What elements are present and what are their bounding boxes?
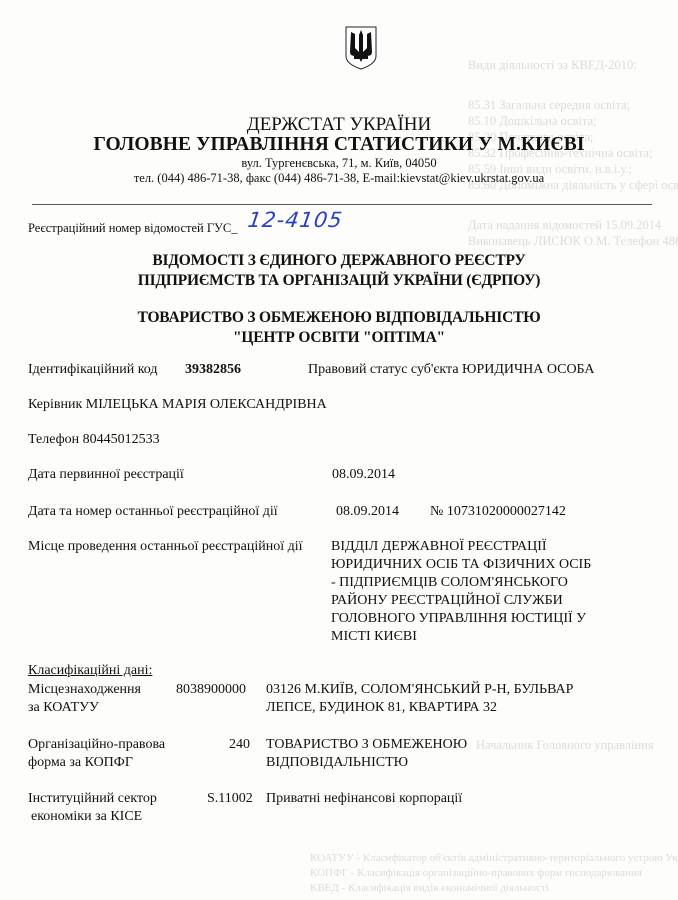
last-registration-place-line: ЮРИДИЧНИХ ОСІБ ТА ФІЗИЧНИХ ОСІБ [331,557,591,573]
bleed-through-text: Дата надання відомостей 15.09.2014 [468,218,661,233]
last-registration-place-line: РАЙОНУ РЕЄСТРАЦІЙНОЇ СЛУЖБИ [331,593,563,609]
koatuu-code: 8038900000 [176,682,246,698]
bleed-through-text: КВЕД - Класифікація видів економічної ді… [310,882,549,894]
company-name-line1: ТОВАРИСТВО З ОБМЕЖЕНОЮ ВІДПОВІДАЛЬНІСТЮ [0,309,678,327]
kopfg-code: 240 [229,737,250,753]
last-registration-place-line: ГОЛОВНОГО УПРАВЛІННЯ ЮСТИЦІЇ У [331,611,586,627]
registration-number-label: Реєстраційний номер відомостей ГУС_ [28,221,238,236]
kopfg-label: форма за КОПФГ [28,755,133,771]
bleed-through-text: Начальник Головного управління [476,738,654,753]
koatuu-address: ЛЕПСЕ, БУДИНОК 81, КВАРТИРА 32 [266,700,497,716]
company-name-line2: "ЦЕНТР ОСВІТИ "ОПТІМА" [0,329,678,347]
last-registration-place-line: ВІДДІЛ ДЕРЖАВНОЇ РЕЄСТРАЦІЇ [331,539,547,555]
koatuu-label: за КОАТУУ [28,700,99,716]
legal-status: Правовий статус суб'єкта ЮРИДИЧНА ОСОБА [308,362,595,378]
header-divider [32,204,652,205]
bleed-through-text: КОАТУУ - Класифікатор об'єктів адміністр… [310,852,678,864]
agency-address: вул. Тургенєвська, 71, м. Київ, 04050 [0,156,678,171]
last-registration-number: № 10731020000027142 [430,504,566,520]
agency-contacts: тел. (044) 486-71-38, факс (044) 486-71-… [0,171,678,186]
koatuu-address: 03126 М.КИЇВ, СОЛОМ'ЯНСЬКИЙ Р-Н, БУЛЬВАР [266,682,573,698]
kopfg-label: Організаційно-правова [28,737,165,753]
last-registration-date: 08.09.2014 [336,504,399,520]
kise-label: економіки за КІСЕ [31,809,142,825]
kopfg-value: ТОВАРИСТВО З ОБМЕЖЕНОЮ [266,737,467,753]
first-registration-value: 08.09.2014 [332,467,395,483]
trident-coat-of-arms-icon [345,26,377,70]
bleed-through-text: КОПФГ - Класифікація організаційно-право… [310,867,642,879]
director: Керівник МІЛЕЦЬКА МАРІЯ ОЛЕКСАНДРІВНА [28,397,327,413]
id-code-label: Ідентифікаційний код [28,362,158,378]
bleed-through-text: Виконавець ЛИСЮК О.М. Телефон 4868286 [468,234,678,249]
registration-number-handwritten: 12-4105 [246,208,344,232]
kise-value: Приватні нефінансові корпорації [266,791,462,807]
kise-code: S.11002 [207,791,253,807]
bleed-through-text: 85.31 Загальна середня освіта; [468,98,630,113]
last-registration-place-line: - ПІДПРИЄМЦІВ СОЛОМ'ЯНСЬКОГО [331,575,568,591]
id-code-value: 39382856 [185,362,241,378]
last-registration-place-label: Місце проведення останньої реєстраційної… [28,539,303,555]
first-registration-label: Дата первинної реєстрації [28,467,184,483]
agency-name: ДЕРЖСТАТ УКРАЇНИ [0,114,678,136]
koatuu-label: Місцезнаходження [28,682,141,698]
last-registration-label: Дата та номер останньої реєстраційної ді… [28,504,278,520]
bleed-through-text: Види діяльності за КВЕД-2010: [468,58,637,73]
kopfg-value: ВІДПОВІДАЛЬНІСТЮ [266,755,408,771]
classification-heading: Класифікаційні дані: [28,663,152,679]
department-name: ГОЛОВНЕ УПРАВЛІННЯ СТАТИСТИКИ У М.КИЄВІ [0,134,678,156]
last-registration-place-line: МІСТІ КИЄВІ [331,629,417,645]
document-title-line2: ПІДПРИЄМСТВ ТА ОРГАНІЗАЦІЙ УКРАЇНИ (ЄДРП… [0,272,678,290]
phone: Телефон 80445012533 [28,432,160,448]
document-title-line1: ВІДОМОСТІ З ЄДИНОГО ДЕРЖАВНОГО РЕЄСТРУ [0,252,678,270]
kise-label: Інституційний сектор [28,791,157,807]
